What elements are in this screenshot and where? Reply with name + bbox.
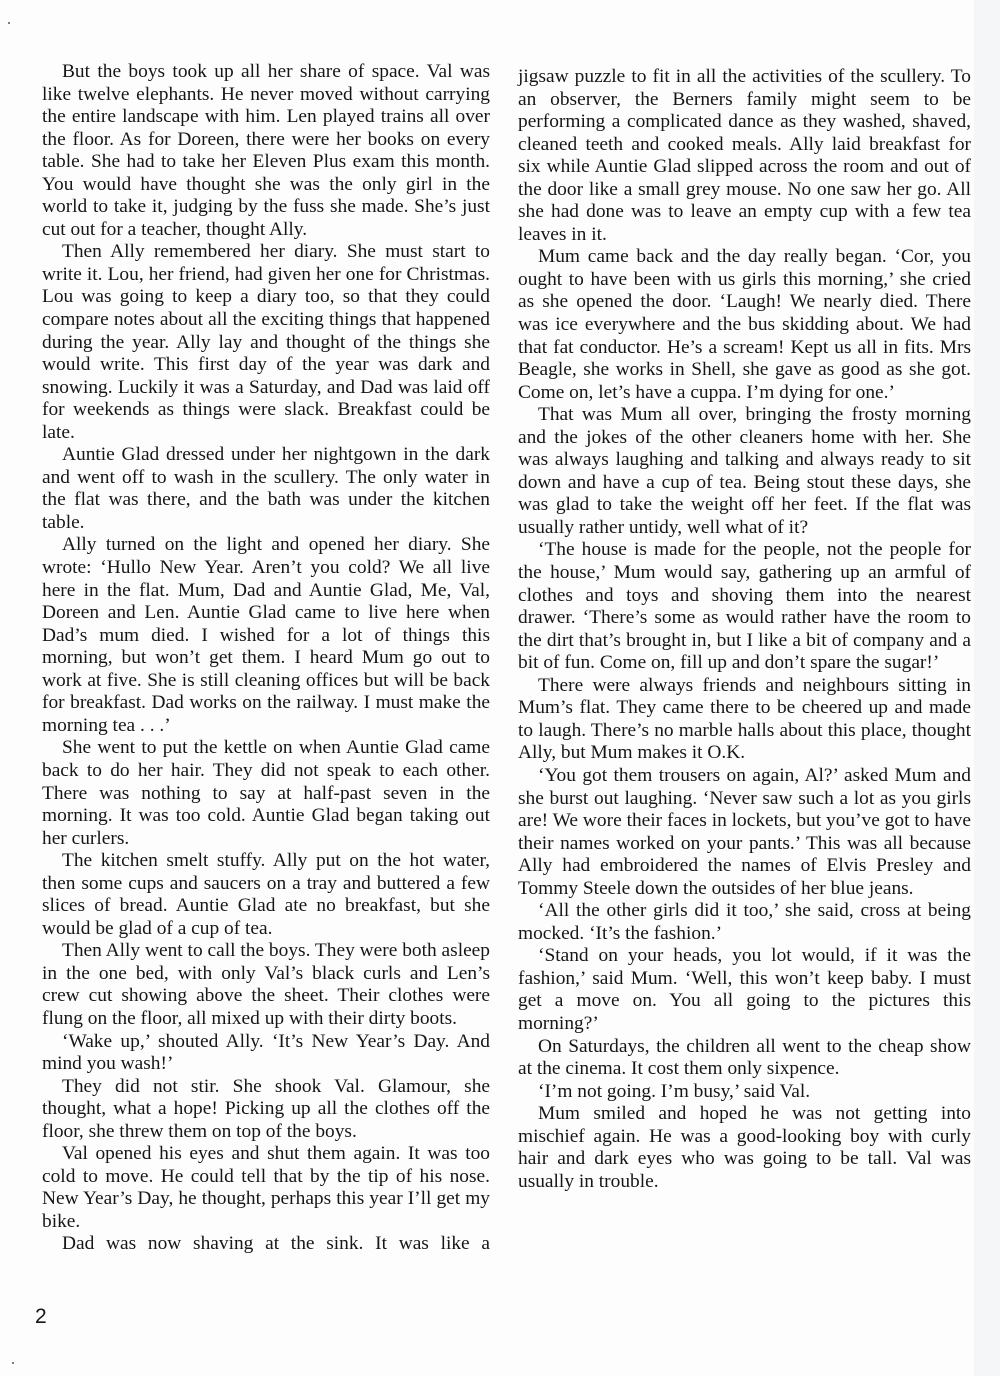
- paragraph: She went to put the kettle on when Aunti…: [42, 737, 490, 850]
- paragraph: They did not stir. She shook Val. Glamou…: [42, 1076, 490, 1144]
- paragraph: ‘All the other girls did it too,’ she sa…: [518, 900, 971, 945]
- paragraph: ‘The house is made for the people, not t…: [518, 539, 971, 674]
- left-text-column: But the boys took up all her share of sp…: [42, 61, 490, 1256]
- paragraph: ‘I’m not going. I’m busy,’ said Val.: [518, 1081, 971, 1104]
- page-edge-shadow: [974, 0, 1000, 1376]
- paragraph: ‘Stand on your heads, you lot would, if …: [518, 945, 971, 1035]
- paragraph: Then Ally remembered her diary. She must…: [42, 241, 490, 444]
- paragraph: That was Mum all over, bringing the fros…: [518, 404, 971, 539]
- paragraph: The kitchen smelt stuffy. Ally put on th…: [42, 850, 490, 940]
- paragraph: Mum smiled and hoped he was not getting …: [518, 1103, 971, 1193]
- paragraph: On Saturdays, the children all went to t…: [518, 1036, 971, 1081]
- paragraph: There were always friends and neighbours…: [518, 675, 971, 765]
- page-number: 2: [35, 1305, 47, 1329]
- paragraph: Auntie Glad dressed under her nightgown …: [42, 444, 490, 534]
- paragraph: Mum came back and the day really began. …: [518, 246, 971, 404]
- paragraph: But the boys took up all her share of sp…: [42, 61, 490, 241]
- scan-speck: [8, 22, 10, 24]
- paragraph: Val opened his eyes and shut them again.…: [42, 1143, 490, 1233]
- paragraph: ‘Wake up,’ shouted Ally. ‘It’s New Year’…: [42, 1031, 490, 1076]
- paragraph: Then Ally went to call the boys. They we…: [42, 940, 490, 1030]
- paragraph: Ally turned on the light and opened her …: [42, 534, 490, 737]
- scan-speck: [12, 1362, 14, 1364]
- paragraph: Dad was now shaving at the sink. It was …: [42, 1233, 490, 1256]
- paragraph-continued: jigsaw puzzle to fit in all the activiti…: [518, 66, 971, 246]
- paragraph: ‘You got them trousers on again, Al?’ as…: [518, 765, 971, 900]
- right-text-column: jigsaw puzzle to fit in all the activiti…: [518, 66, 971, 1193]
